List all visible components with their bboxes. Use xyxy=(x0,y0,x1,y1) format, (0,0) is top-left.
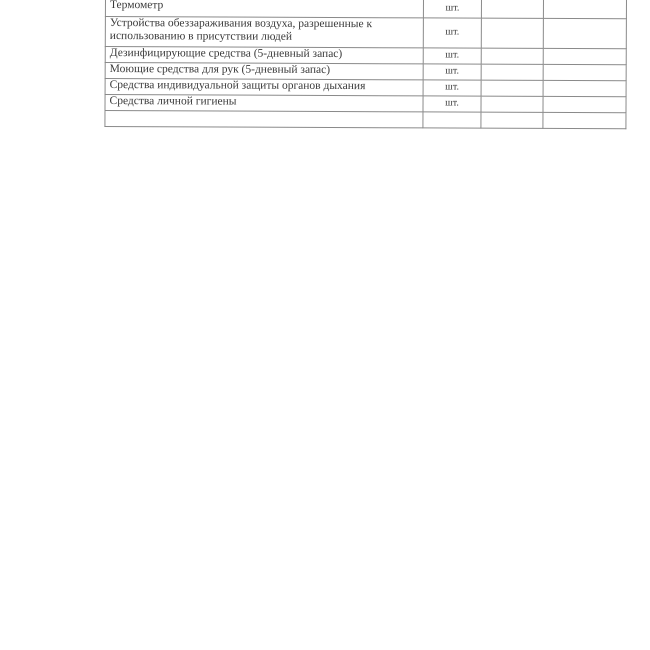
item-qty xyxy=(481,18,543,48)
item-unit: шт. xyxy=(423,80,481,96)
item-note xyxy=(543,48,626,64)
item-name: Средства индивидуальной защиты органов д… xyxy=(105,79,423,96)
item-name: Устройства обеззараживания воздуха, разр… xyxy=(105,17,423,48)
item-qty xyxy=(481,64,543,80)
item-qty xyxy=(481,0,543,18)
item-note xyxy=(543,80,626,96)
item-unit: шт. xyxy=(423,48,481,64)
item-note xyxy=(543,96,626,112)
item-name: Термометр xyxy=(105,0,423,18)
item-note xyxy=(543,112,626,128)
item-qty xyxy=(481,48,543,64)
item-note xyxy=(543,0,626,19)
item-unit: шт. xyxy=(423,64,481,80)
item-unit: шт. xyxy=(423,96,481,112)
table-row xyxy=(105,111,626,129)
item-unit: шт. xyxy=(423,0,481,18)
equipment-table: Термометр шт. Устройства обеззараживания… xyxy=(104,0,627,129)
item-name: Дезинфицирующие средства (5-дневный запа… xyxy=(105,47,423,64)
item-note xyxy=(543,64,626,80)
item-note xyxy=(543,18,626,48)
item-qty xyxy=(481,112,543,128)
table-row: Устройства обеззараживания воздуха, разр… xyxy=(105,17,626,49)
item-qty xyxy=(481,80,543,96)
item-name: Средства личной гигиены xyxy=(105,95,423,112)
item-name: Моющие средства для рук (5-дневный запас… xyxy=(105,63,423,80)
item-name xyxy=(105,111,423,128)
item-qty xyxy=(481,96,543,112)
item-unit xyxy=(423,112,481,128)
item-unit: шт. xyxy=(423,18,481,48)
